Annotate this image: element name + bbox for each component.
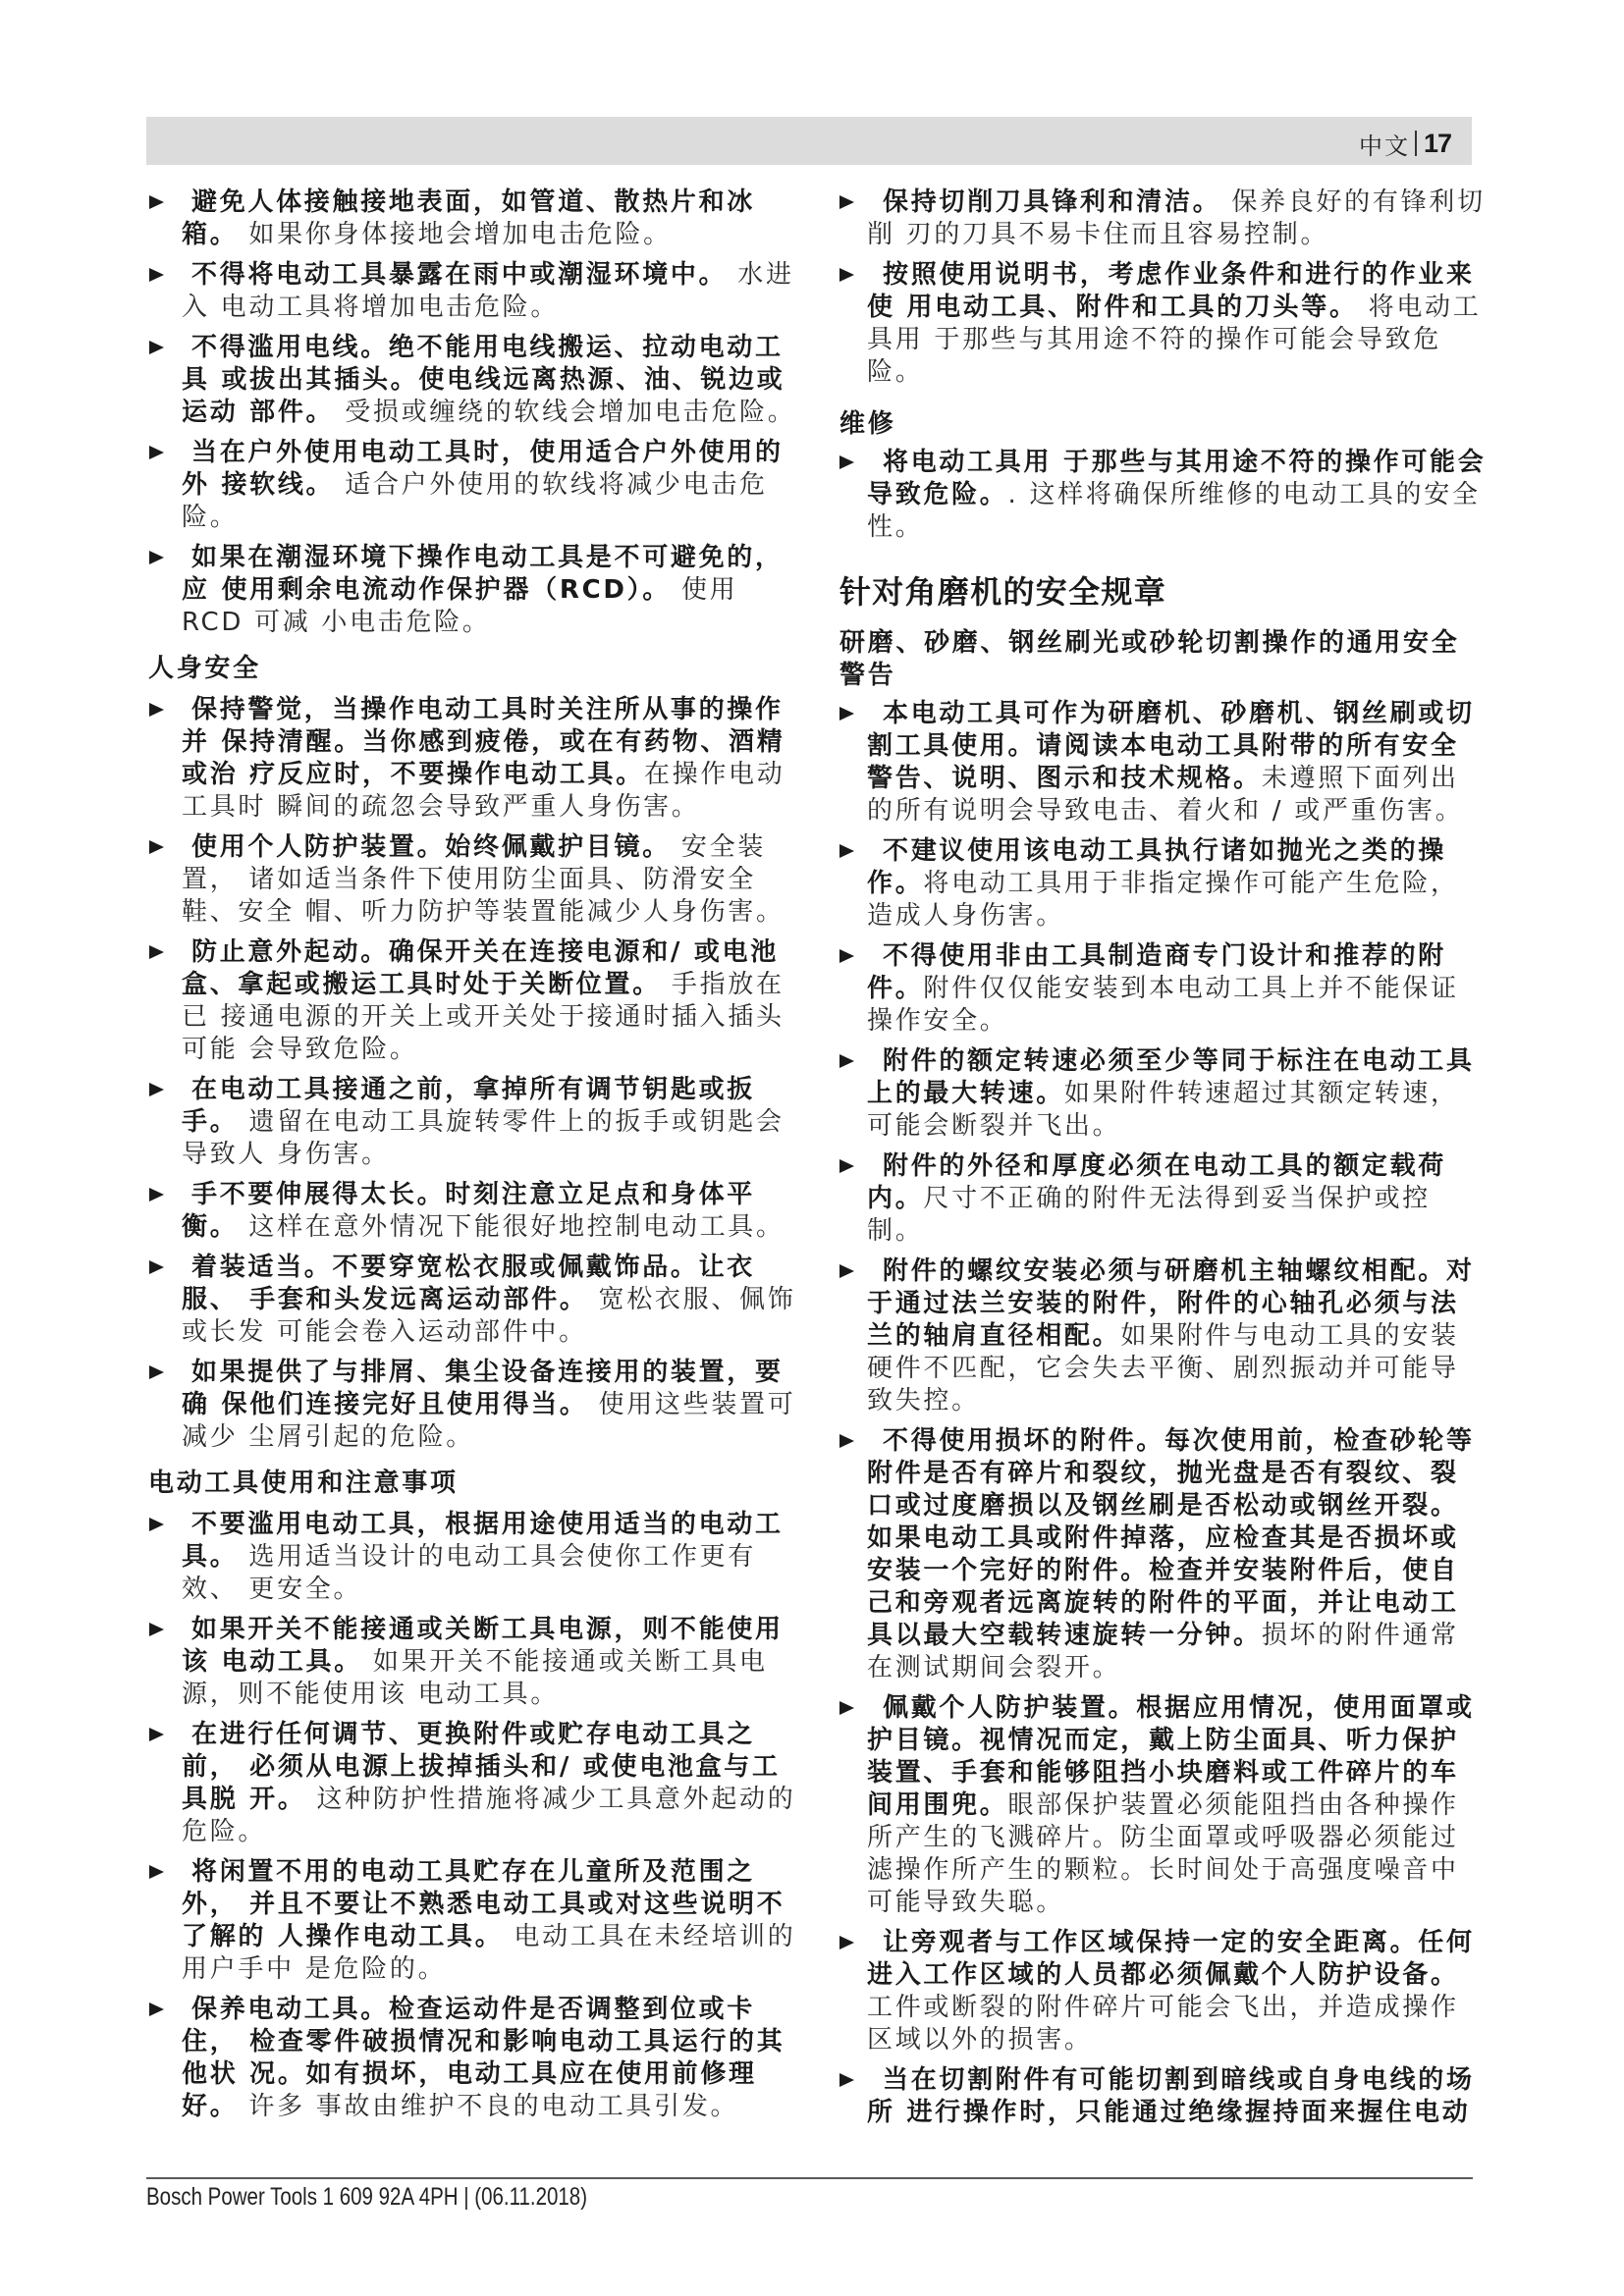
text-line: 护目镜。视情况而定，戴上防尘面具、听力保护 <box>867 1725 1495 1757</box>
text-line: 如果在潮湿环境下操作电动工具是不可避免的， <box>182 542 810 574</box>
bold-text: 口或过度磨损以及钢丝刷是否松动或钢丝开裂。 <box>867 1491 1459 1521</box>
body-text: 安全装 <box>671 832 766 862</box>
body-text: 附件仅仅能安装到本电动工具上并不能保证 <box>923 974 1458 1003</box>
body-text: 许多 事故由维护不良的电动工具引发。 <box>238 2092 738 2121</box>
safety-item: 附件的外径和厚度必须在电动工具的额定载荷 内。尺寸不正确的附件无法得到妥当保护或… <box>867 1150 1495 1248</box>
triangle-bullet-icon <box>839 1264 854 1278</box>
bold-text: 附件的螺纹安装必须与研磨机主轴螺纹相配。对 <box>883 1256 1475 1286</box>
header-divider <box>1415 131 1417 156</box>
body-text: 选用适当设计的电动工具会使你工作更有 <box>238 1542 756 1572</box>
text-line: 着装适当。不要穿宽松衣服或佩戴饰品。让衣 <box>182 1252 810 1284</box>
triangle-bullet-icon <box>839 707 854 721</box>
text-line: 制。 <box>867 1215 1495 1248</box>
text-line: 在进行任何调节、更换附件或贮存电动工具之 <box>182 1719 810 1751</box>
body-text: 在测试期间会裂开。 <box>867 1653 1120 1682</box>
footer-text: Bosch Power Tools 1 609 92A 4PH | (06.11… <box>146 2183 587 2211</box>
bold-text: 好。 <box>182 2092 238 2121</box>
body-text: 手指放在 <box>661 970 785 999</box>
section-heading-personal-safety: 人身安全 <box>148 653 810 685</box>
body-text: 水进 <box>727 260 793 290</box>
bold-text: 防止意外起动。确保开关在连接电源和/ 或电池 <box>191 937 779 967</box>
triangle-bullet-icon <box>149 1728 164 1741</box>
bold-text: 手不要伸展得太长。时刻注意立足点和身体平 <box>191 1180 755 1209</box>
text-line: 或治 疗反应时，不要操作电动工具。在操作电动 <box>182 759 810 791</box>
subheading-common-warnings: 研磨、砂磨、钢丝刷光或砂轮切割操作的通用安全 警告 <box>839 627 1495 692</box>
bold-text: 具 或拔出其插头。使电线远离热源、油、锐边或 <box>182 365 785 395</box>
bold-text: 佩戴个人防护装置。根据应用情况，使用面罩或 <box>883 1693 1475 1723</box>
text-line: 效、 更安全。 <box>182 1574 810 1606</box>
text-line: 削 刃的刀具不易卡住而且容易控制。 <box>867 219 1495 251</box>
text-line: 附件的额定转速必须至少等同于标注在电动工具 <box>867 1045 1495 1078</box>
bold-text: 具以最大空载转速旋转一分钟。 <box>867 1621 1262 1650</box>
text-line: 鞋、安全 帽、听力防护等装置能减少人身伤害。 <box>182 896 810 929</box>
section-heading-tool-use: 电动工具使用和注意事项 <box>148 1468 810 1500</box>
triangle-bullet-icon <box>149 1260 164 1274</box>
body-text: 使用 <box>671 575 737 605</box>
body-text: 受损或缠绕的软线会增加电击危险。 <box>334 398 795 427</box>
text-line: 他状 况。如有损坏，电动工具应在使用前修理 <box>182 2058 810 2091</box>
body-text: 尺寸不正确的附件无法得到妥当保护或控 <box>923 1184 1431 1213</box>
bold-text: 将电动工具用 于那些与其用途不符的操作可能会 <box>883 448 1486 477</box>
triangle-bullet-icon <box>839 844 854 858</box>
triangle-bullet-icon <box>149 1623 164 1636</box>
text-line: 手不要伸展得太长。时刻注意立足点和身体平 <box>182 1179 810 1211</box>
bold-text: 该 电动工具。 <box>182 1647 362 1677</box>
bold-text: 使用个人防护装置。始终佩戴护目镜。 <box>191 832 671 862</box>
text-line: 外 接软线。 适合户外使用的软线将减少电击危 <box>182 469 810 502</box>
text-line: 具 或拔出其插头。使电线远离热源、油、锐边或 <box>182 364 810 397</box>
bold-text: 内。 <box>867 1184 923 1213</box>
body-text: 危险。 <box>182 1817 266 1846</box>
bold-text: 护目镜。视情况而定，戴上防尘面具、听力保护 <box>867 1726 1459 1755</box>
bold-text: 如果在潮湿环境下操作电动工具是不可避免的， <box>191 543 784 572</box>
body-text: 已 接通电源的开关上或开关处于接通时插入插头 <box>182 1002 785 1032</box>
bold-text: 己和旁观者远离旋转的附件的平面，并让电动工 <box>867 1588 1459 1618</box>
triangle-bullet-icon <box>149 1083 164 1096</box>
bold-text: 不要滥用电动工具，根据用途使用适当的电动工 <box>191 1510 784 1539</box>
triangle-bullet-icon <box>149 268 164 282</box>
text-line: 应 使用剩余电流动作保护器（RCD）。 使用 <box>182 574 810 607</box>
text-line: 警告、说明、图示和技术规格。未遵照下面列出 <box>867 763 1495 795</box>
text-line: 将电动工具用 于那些与其用途不符的操作可能会 <box>867 447 1495 479</box>
text-line: 用户手中 是危险的。 <box>182 1953 810 1986</box>
body-text: 硬件不匹配，它会失去平衡、剧烈振动并可能导 <box>867 1354 1459 1383</box>
bold-text: 导致危险。 <box>867 480 1008 509</box>
safety-item: 将电动工具用 于那些与其用途不符的操作可能会 导致危险。. 这样将确保所维修的电… <box>867 447 1495 544</box>
safety-item: 不得使用损坏的附件。每次使用前，检查砂轮等 附件是否有碎片和裂纹，抛光盘是否有裂… <box>867 1425 1495 1684</box>
text-line: 导致危险。. 这样将确保所维修的电动工具的安全 <box>867 479 1495 511</box>
safety-item: 防止意外起动。确保开关在连接电源和/ 或电池 盒、拿起或搬运工具时处于关断位置。… <box>182 936 810 1066</box>
safety-item: 将闲置不用的电动工具贮存在儿童所及范围之 外， 并且不要让不熟悉电动工具或对这些… <box>182 1856 810 1986</box>
bold-text: 住， 检查零件破损情况和影响电动工具运行的其 <box>182 2027 785 2056</box>
text-line: 保养电动工具。检查运动件是否调整到位或卡 <box>182 1994 810 2026</box>
body-text: 这样在意外情况下能很好地控制电动工具。 <box>238 1212 784 1242</box>
text-line: 使用个人防护装置。始终佩戴护目镜。 安全装 <box>182 831 810 864</box>
safety-item: 不得滥用电线。绝不能用电线搬运、拉动电动工 具 或拔出其插头。使电线远离热源、油… <box>182 332 810 429</box>
bold-text: 外， 并且不要让不熟悉电动工具或对这些说明不 <box>182 1890 785 1919</box>
body-text: 将电动工具用于非指定操作可能产生危险， <box>923 869 1458 898</box>
text-line: 可能导致失聪。 <box>867 1887 1495 1919</box>
bold-text: 当在切割附件有可能切割到暗线或自身电线的场 <box>883 2065 1475 2095</box>
bold-text: 避免人体接触接地表面，如管道、散热片和冰 <box>191 187 755 217</box>
bold-text: 箱。 <box>182 220 238 249</box>
text-line: 于通过法兰安装的附件，附件的心轴孔必须与法 <box>867 1288 1495 1320</box>
bold-text: 在进行任何调节、更换附件或贮存电动工具之 <box>191 1720 755 1749</box>
text-line: 致失控。 <box>867 1385 1495 1417</box>
body-text: 置， 诸如适当条件下使用防尘面具、防滑安全 <box>182 865 756 894</box>
body-text: 险。 <box>867 357 923 387</box>
bold-text: 具脱 开。 <box>182 1785 306 1814</box>
safety-item: 如果开关不能接通或关断工具电源，则不能使用 该 电动工具。 如果开关不能接通或关… <box>182 1614 810 1711</box>
bold-text: 进入工作区域的人员都必须佩戴个人防护设备。 <box>867 1960 1459 1990</box>
triangle-bullet-icon <box>839 455 854 469</box>
bold-text: 前， 必须从电源上拔掉插头和/ 或使电池盒与工 <box>182 1752 781 1782</box>
text-line: 险。 <box>182 502 810 534</box>
body-text: 损坏的附件通常 <box>1262 1621 1459 1650</box>
text-line: 该 电动工具。 如果开关不能接通或关断工具电 <box>182 1646 810 1679</box>
body-text: 用户手中 是危险的。 <box>182 1954 446 1984</box>
bold-text: 附件的外径和厚度必须在电动工具的额定载荷 <box>883 1151 1446 1181</box>
text-line: 当在户外使用电动工具时，使用适合户外使用的 <box>182 437 810 469</box>
text-line: 兰的轴肩直径相配。如果附件与电动工具的安装 <box>867 1320 1495 1353</box>
bold-text: 应 使用剩余电流动作保护器（RCD）。 <box>182 575 671 605</box>
text-line: 源，则不能使用该 电动工具。 <box>182 1679 810 1711</box>
bold-text: 所 进行操作时，只能通过绝缘握持面来握住电动 <box>867 2098 1470 2127</box>
bold-text: 附件是否有碎片和裂纹，抛光盘是否有裂纹、裂 <box>867 1459 1459 1488</box>
triangle-bullet-icon <box>839 1936 854 1949</box>
text-line: 箱。 如果你身体接地会增加电击危险。 <box>182 219 810 251</box>
bold-text: 了解的 人操作电动工具。 <box>182 1922 503 1951</box>
safety-item: 不得使用非由工具制造商专门设计和推荐的附 件。附件仅仅能安装到本电动工具上并不能… <box>867 940 1495 1038</box>
triangle-bullet-icon <box>839 1159 854 1173</box>
text-line: 按照使用说明书，考虑作业条件和进行的作业来 <box>867 259 1495 292</box>
text-line: 不得将电动工具暴露在雨中或潮湿环境中。 水进 <box>182 259 810 292</box>
body-text: 工具时 瞬间的疏忽会导致严重人身伤害。 <box>182 792 700 822</box>
bold-text: 让旁观者与工作区域保持一定的安全距离。任何 <box>883 1928 1475 1957</box>
body-text: 效、 更安全。 <box>182 1575 361 1604</box>
bold-text: 当在户外使用电动工具时，使用适合户外使用的 <box>191 438 784 467</box>
body-text: 工件或断裂的附件碎片可能会飞出，并造成操作 <box>867 1993 1459 2022</box>
body-text: 滤操作所产生的颗粒。长时间处于高强度噪音中 <box>867 1855 1459 1885</box>
body-text: 造成人身伤害。 <box>867 901 1064 931</box>
safety-item: 如果提供了与排屑、集尘设备连接用的装置，要 确 保他们连接完好且使用得当。 使用… <box>182 1357 810 1454</box>
body-text: 如果你身体接地会增加电击危险。 <box>238 220 671 249</box>
bold-text: 警告、说明、图示和技术规格。 <box>867 764 1262 793</box>
text-line: 具用 于那些与其用途不符的操作可能会导致危 <box>867 324 1495 356</box>
text-line: 本电动工具可作为研磨机、砂磨机、钢丝刷或切 <box>867 698 1495 730</box>
body-text: 或长发 可能会卷入运动部件中。 <box>182 1317 587 1347</box>
body-text: 可能导致失聪。 <box>867 1888 1064 1917</box>
body-text: 遗留在电动工具旋转零件上的扳手或钥匙会 <box>238 1107 784 1137</box>
text-line: 保持警觉，当操作电动工具时关注所从事的操作 <box>182 694 810 726</box>
body-text: 在操作电动 <box>644 760 785 789</box>
body-text: 入 电动工具将增加电击危险。 <box>182 293 559 322</box>
bold-text: 间用围兜。 <box>867 1790 1008 1820</box>
body-text: 操作安全。 <box>867 1006 1008 1036</box>
text-line: 所产生的飞溅碎片。防尘面罩或呼吸器必须能过 <box>867 1822 1495 1854</box>
text-line: 性。 <box>867 511 1495 544</box>
text-line: 具脱 开。 这种防护性措施将减少工具意外起动的 <box>182 1784 810 1816</box>
body-text: 宽松衣服、佩饰 <box>588 1285 796 1314</box>
bold-text: 在电动工具接通之前，拿掉所有调节钥匙或扳 <box>191 1075 755 1104</box>
subheading-line: 研磨、砂磨、钢丝刷光或砂轮切割操作的通用安全 <box>839 627 1495 660</box>
body-text: 制。 <box>867 1216 923 1246</box>
body-text: 减少 尘屑引起的危险。 <box>182 1422 474 1452</box>
page-header-label: 中文 17 <box>1359 117 1451 165</box>
text-line: 的所有说明会导致电击、着火和 / 或严重伤害。 <box>867 795 1495 828</box>
safety-item: 佩戴个人防护装置。根据应用情况，使用面罩或 护目镜。视情况而定，戴上防尘面具、听… <box>867 1692 1495 1919</box>
text-line: 让旁观者与工作区域保持一定的安全距离。任何 <box>867 1927 1495 1959</box>
text-line: 内。尺寸不正确的附件无法得到妥当保护或控 <box>867 1183 1495 1215</box>
text-line: 不得滥用电线。绝不能用电线搬运、拉动电动工 <box>182 332 810 364</box>
text-line: 衡。 这样在意外情况下能很好地控制电动工具。 <box>182 1211 810 1244</box>
safety-item: 本电动工具可作为研磨机、砂磨机、钢丝刷或切 割工具使用。请阅读本电动工具附带的所… <box>867 698 1495 828</box>
bold-text: 于通过法兰安装的附件，附件的心轴孔必须与法 <box>867 1289 1459 1318</box>
language-label: 中文 <box>1359 127 1410 161</box>
bold-text: 上的最大转速。 <box>867 1079 1064 1108</box>
body-text: 所产生的飞溅碎片。防尘面罩或呼吸器必须能过 <box>867 1823 1459 1852</box>
footer-rule <box>146 2177 1473 2179</box>
triangle-bullet-icon <box>839 268 854 282</box>
safety-item: 不得将电动工具暴露在雨中或潮湿环境中。 水进 入 电动工具将增加电击危险。 <box>182 259 810 324</box>
safety-item: 不要滥用电动工具，根据用途使用适当的电动工 具。 选用适当设计的电动工具会使你工… <box>182 1509 810 1606</box>
body-text: RCD 可减 小电击危险。 <box>182 608 491 637</box>
bold-text: 衡。 <box>182 1212 238 1242</box>
triangle-bullet-icon <box>149 551 164 564</box>
text-line: 安装一个完好的附件。检查并安装附件后，使自 <box>867 1555 1495 1587</box>
body-text: 可能 会导致危险。 <box>182 1035 418 1064</box>
bold-text: 件。 <box>867 974 923 1003</box>
bold-text: 兰的轴肩直径相配。 <box>867 1321 1120 1351</box>
triangle-bullet-icon <box>839 1434 854 1448</box>
text-line: 前， 必须从电源上拔掉插头和/ 或使电池盒与工 <box>182 1751 810 1784</box>
triangle-bullet-icon <box>149 1188 164 1201</box>
text-line: 运动 部件。 受损或缠绕的软线会增加电击危险。 <box>182 397 810 429</box>
body-text: 的所有说明会导致电击、着火和 / 或严重伤害。 <box>867 796 1463 826</box>
text-line: 在测试期间会裂开。 <box>867 1652 1495 1684</box>
body-text: 适合户外使用的软线将减少电击危 <box>334 470 767 500</box>
safety-item: 避免人体接触接地表面，如管道、散热片和冰 箱。 如果你身体接地会增加电击危险。 <box>182 187 810 251</box>
bold-text: 附件的额定转速必须至少等同于标注在电动工具 <box>883 1046 1475 1076</box>
text-line: 手。 遗留在电动工具旋转零件上的扳手或钥匙会 <box>182 1106 810 1139</box>
text-line: 件。附件仅仅能安装到本电动工具上并不能保证 <box>867 973 1495 1005</box>
bold-text: 具。 <box>182 1542 238 1572</box>
bold-text: 确 保他们连接完好且使用得当。 <box>182 1390 588 1419</box>
text-line: 附件的外径和厚度必须在电动工具的额定载荷 <box>867 1150 1495 1183</box>
text-line: 或长发 可能会卷入运动部件中。 <box>182 1316 810 1349</box>
bold-text: 不得使用非由工具制造商专门设计和推荐的附 <box>883 941 1446 971</box>
text-line: 并 保持清醒。当你感到疲倦，或在有药物、酒精 <box>182 726 810 759</box>
text-line: 工具时 瞬间的疏忽会导致严重人身伤害。 <box>182 791 810 824</box>
safety-item: 保持警觉，当操作电动工具时关注所从事的操作 并 保持清醒。当你感到疲倦，或在有药… <box>182 694 810 824</box>
safety-item: 如果在潮湿环境下操作电动工具是不可避免的， 应 使用剩余电流动作保护器（RCD）… <box>182 542 810 639</box>
text-line: 硬件不匹配，它会失去平衡、剧烈振动并可能导 <box>867 1353 1495 1385</box>
triangle-bullet-icon <box>839 1701 854 1715</box>
bold-text: 保养电动工具。检查运动件是否调整到位或卡 <box>191 1995 755 2024</box>
bold-text: 不得滥用电线。绝不能用电线搬运、拉动电动工 <box>191 333 784 362</box>
page-header-band: 中文 17 <box>146 117 1472 165</box>
bold-text: 运动 部件。 <box>182 398 334 427</box>
safety-item: 附件的螺纹安装必须与研磨机主轴螺纹相配。对 于通过法兰安装的附件，附件的心轴孔必… <box>867 1255 1495 1417</box>
safety-item: 让旁观者与工作区域保持一定的安全距离。任何 进入工作区域的人员都必须佩戴个人防护… <box>867 1927 1495 2056</box>
text-line: 不要滥用电动工具，根据用途使用适当的电动工 <box>182 1509 810 1541</box>
text-line: 割工具使用。请阅读本电动工具附带的所有安全 <box>867 730 1495 763</box>
body-text: 这种防护性措施将减少工具意外起动的 <box>306 1785 796 1814</box>
section-title-angle-grinder-safety: 针对角磨机的安全规章 <box>839 572 1495 612</box>
bold-text: 将闲置不用的电动工具贮存在儿童所及范围之 <box>191 1857 755 1887</box>
text-line: 口或过度磨损以及钢丝刷是否松动或钢丝开裂。 <box>867 1490 1495 1522</box>
triangle-bullet-icon <box>839 1054 854 1068</box>
text-line: RCD 可减 小电击危险。 <box>182 607 810 639</box>
text-line: 住， 检查零件破损情况和影响电动工具运行的其 <box>182 2026 810 2058</box>
bold-text: 如果开关不能接通或关断工具电源，则不能使用 <box>191 1615 784 1644</box>
triangle-bullet-icon <box>839 949 854 963</box>
text-line: 当在切割附件有可能切割到暗线或自身电线的场 <box>867 2064 1495 2097</box>
triangle-bullet-icon <box>149 945 164 959</box>
safety-item: 按照使用说明书，考虑作业条件和进行的作业来 使 用电动工具、附件和工具的刀头等。… <box>867 259 1495 389</box>
bold-text: 着装适当。不要穿宽松衣服或佩戴饰品。让衣 <box>191 1253 755 1282</box>
bold-text: 外 接软线。 <box>182 470 334 500</box>
text-line: 导致人 身伤害。 <box>182 1139 810 1171</box>
safety-item: 保持切削刀具锋利和清洁。 保养良好的有锋利切 削 刃的刀具不易卡住而且容易控制。 <box>867 187 1495 251</box>
body-text: 导致人 身伤害。 <box>182 1140 390 1169</box>
text-line: 滤操作所产生的颗粒。长时间处于高强度噪音中 <box>867 1854 1495 1887</box>
bold-text: 手。 <box>182 1107 238 1137</box>
body-text: 险。 <box>182 503 238 532</box>
body-text: 将电动工 <box>1358 293 1482 322</box>
body-text: 鞋、安全 帽、听力防护等装置能减少人身伤害。 <box>182 897 785 927</box>
triangle-bullet-icon <box>149 1865 164 1879</box>
body-text: 如果附件与电动工具的安装 <box>1120 1321 1458 1351</box>
text-line: 将闲置不用的电动工具贮存在儿童所及范围之 <box>182 1856 810 1889</box>
body-text: 具用 于那些与其用途不符的操作可能会导致危 <box>867 325 1441 354</box>
text-line: 作。将电动工具用于非指定操作可能产生危险， <box>867 868 1495 900</box>
triangle-bullet-icon <box>149 446 164 459</box>
text-line: 盒、拿起或搬运工具时处于关断位置。 手指放在 <box>182 969 810 1001</box>
bold-text: 按照使用说明书，考虑作业条件和进行的作业来 <box>883 260 1475 290</box>
body-text: 如果附件转速超过其额定转速， <box>1064 1079 1459 1108</box>
bold-text: 不得将电动工具暴露在雨中或潮湿环境中。 <box>191 260 727 290</box>
bold-text: 保持警觉，当操作电动工具时关注所从事的操作 <box>191 695 784 724</box>
text-line: 不得使用损坏的附件。每次使用前，检查砂轮等 <box>867 1425 1495 1458</box>
body-text: 源，则不能使用该 电动工具。 <box>182 1680 559 1709</box>
text-line: 附件是否有碎片和裂纹，抛光盘是否有裂纹、裂 <box>867 1458 1495 1490</box>
text-line: 如果开关不能接通或关断工具电源，则不能使用 <box>182 1614 810 1646</box>
text-line: 己和旁观者远离旋转的附件的平面，并让电动工 <box>867 1587 1495 1620</box>
text-line: 具。 选用适当设计的电动工具会使你工作更有 <box>182 1541 810 1574</box>
text-line: 上的最大转速。如果附件转速超过其额定转速， <box>867 1078 1495 1110</box>
bold-text: 安装一个完好的附件。检查并安装附件后，使自 <box>867 1556 1459 1585</box>
text-line: 使 用电动工具、附件和工具的刀头等。 将电动工 <box>867 292 1495 324</box>
text-line: 进入工作区域的人员都必须佩戴个人防护设备。 <box>867 1959 1495 1992</box>
page-number: 17 <box>1424 129 1451 159</box>
text-line: 危险。 <box>182 1816 810 1848</box>
right-column: 保持切削刀具锋利和清洁。 保养良好的有锋利切 削 刃的刀具不易卡住而且容易控制。… <box>867 187 1495 2129</box>
bold-text: 装置、手套和能够阻挡小块磨料或工件碎片的车 <box>867 1758 1459 1788</box>
text-line: 所 进行操作时，只能通过绝缘握持面来握住电动 <box>867 2097 1495 2129</box>
text-line: 保持切削刀具锋利和清洁。 保养良好的有锋利切 <box>867 187 1495 219</box>
bold-text: 服、 手套和头发远离运动部件。 <box>182 1285 588 1314</box>
text-line: 附件的螺纹安装必须与研磨机主轴螺纹相配。对 <box>867 1255 1495 1288</box>
text-line: 避免人体接触接地表面，如管道、散热片和冰 <box>182 187 810 219</box>
bold-text: 作。 <box>867 869 923 898</box>
bold-text: 如果电动工具或附件掉落，应检查其是否损坏或 <box>867 1523 1459 1553</box>
safety-item: 不建议使用该电动工具执行诸如抛光之类的操 作。将电动工具用于非指定操作可能产生危… <box>867 835 1495 933</box>
bold-text: 保持切削刀具锋利和清洁。 <box>883 187 1220 217</box>
bold-text: 本电动工具可作为研磨机、砂磨机、钢丝刷或切 <box>883 699 1475 728</box>
text-line: 操作安全。 <box>867 1005 1495 1038</box>
bold-text: 并 保持清醒。当你感到疲倦，或在有药物、酒精 <box>182 727 785 757</box>
triangle-bullet-icon <box>149 1365 164 1379</box>
text-line: 装置、手套和能够阻挡小块磨料或工件碎片的车 <box>867 1757 1495 1789</box>
triangle-bullet-icon <box>149 341 164 354</box>
left-column: 避免人体接触接地表面，如管道、散热片和冰 箱。 如果你身体接地会增加电击危险。 … <box>182 187 810 2123</box>
text-line: 置， 诸如适当条件下使用防尘面具、防滑安全 <box>182 864 810 896</box>
text-line: 如果提供了与排屑、集尘设备连接用的装置，要 <box>182 1357 810 1389</box>
safety-item: 当在切割附件有可能切割到暗线或自身电线的场 所 进行操作时，只能通过绝缘握持面来… <box>867 2064 1495 2129</box>
triangle-bullet-icon <box>839 195 854 209</box>
body-text: 眼部保护装置必须能阻挡由各种操作 <box>1008 1790 1459 1820</box>
bold-text: 他状 况。如有损坏，电动工具应在使用前修理 <box>182 2059 757 2089</box>
bold-text: 如果提供了与排屑、集尘设备连接用的装置，要 <box>191 1358 784 1387</box>
text-line: 了解的 人操作电动工具。 电动工具在未经培训的 <box>182 1921 810 1953</box>
bold-text: 使 用电动工具、附件和工具的刀头等。 <box>867 293 1358 322</box>
body-text: 保养良好的有锋利切 <box>1220 187 1485 217</box>
safety-item: 着装适当。不要穿宽松衣服或佩戴饰品。让衣 服、 手套和头发远离运动部件。 宽松衣… <box>182 1252 810 1349</box>
text-line: 造成人身伤害。 <box>867 900 1495 933</box>
body-text: 电动工具在未经培训的 <box>503 1922 795 1951</box>
bold-text: 盒、拿起或搬运工具时处于关断位置。 <box>182 970 661 999</box>
subheading-line: 警告 <box>839 660 1495 692</box>
body-text: 致失控。 <box>867 1386 980 1415</box>
body-text: 使用这些装置可 <box>588 1390 796 1419</box>
text-line: 间用围兜。眼部保护装置必须能阻挡由各种操作 <box>867 1789 1495 1822</box>
text-line: 险。 <box>867 356 1495 389</box>
triangle-bullet-icon <box>149 703 164 717</box>
text-line: 在电动工具接通之前，拿掉所有调节钥匙或扳 <box>182 1074 810 1106</box>
safety-item: 在电动工具接通之前，拿掉所有调节钥匙或扳 手。 遗留在电动工具旋转零件上的扳手或… <box>182 1074 810 1171</box>
body-text: 如果开关不能接通或关断工具电 <box>362 1647 768 1677</box>
section-heading-service: 维修 <box>839 408 1495 441</box>
text-line: 不建议使用该电动工具执行诸如抛光之类的操 <box>867 835 1495 868</box>
text-line: 具以最大空载转速旋转一分钟。损坏的附件通常 <box>867 1620 1495 1652</box>
text-line: 不得使用非由工具制造商专门设计和推荐的附 <box>867 940 1495 973</box>
safety-item: 手不要伸展得太长。时刻注意立足点和身体平 衡。 这样在意外情况下能很好地控制电动… <box>182 1179 810 1244</box>
body-text: 性。 <box>867 512 923 542</box>
text-line: 入 电动工具将增加电击危险。 <box>182 292 810 324</box>
safety-item: 使用个人防护装置。始终佩戴护目镜。 安全装 置， 诸如适当条件下使用防尘面具、防… <box>182 831 810 929</box>
bold-text: 割工具使用。请阅读本电动工具附带的所有安全 <box>867 731 1459 761</box>
safety-item: 保养电动工具。检查运动件是否调整到位或卡 住， 检查零件破损情况和影响电动工具运… <box>182 1994 810 2123</box>
text-line: 确 保他们连接完好且使用得当。 使用这些装置可 <box>182 1389 810 1421</box>
safety-item: 当在户外使用电动工具时，使用适合户外使用的 外 接软线。 适合户外使用的软线将减… <box>182 437 810 534</box>
body-text: 区域以外的损害。 <box>867 2025 1093 2055</box>
text-line: 外， 并且不要让不熟悉电动工具或对这些说明不 <box>182 1889 810 1921</box>
triangle-bullet-icon <box>149 1518 164 1531</box>
text-line: 好。 许多 事故由维护不良的电动工具引发。 <box>182 2091 810 2123</box>
safety-item: 在进行任何调节、更换附件或贮存电动工具之 前， 必须从电源上拔掉插头和/ 或使电… <box>182 1719 810 1848</box>
body-text: 未遵照下面列出 <box>1262 764 1459 793</box>
bold-text: 不得使用损坏的附件。每次使用前，检查砂轮等 <box>883 1426 1475 1456</box>
body-text: 削 刃的刀具不易卡住而且容易控制。 <box>867 220 1328 249</box>
text-line: 工件或断裂的附件碎片可能会飞出，并造成操作 <box>867 1992 1495 2024</box>
triangle-bullet-icon <box>839 2073 854 2087</box>
text-line: 可能 会导致危险。 <box>182 1034 810 1066</box>
triangle-bullet-icon <box>149 195 164 209</box>
triangle-bullet-icon <box>149 2002 164 2016</box>
text-line: 已 接通电源的开关上或开关处于接通时插入插头 <box>182 1001 810 1034</box>
text-line: 防止意外起动。确保开关在连接电源和/ 或电池 <box>182 936 810 969</box>
